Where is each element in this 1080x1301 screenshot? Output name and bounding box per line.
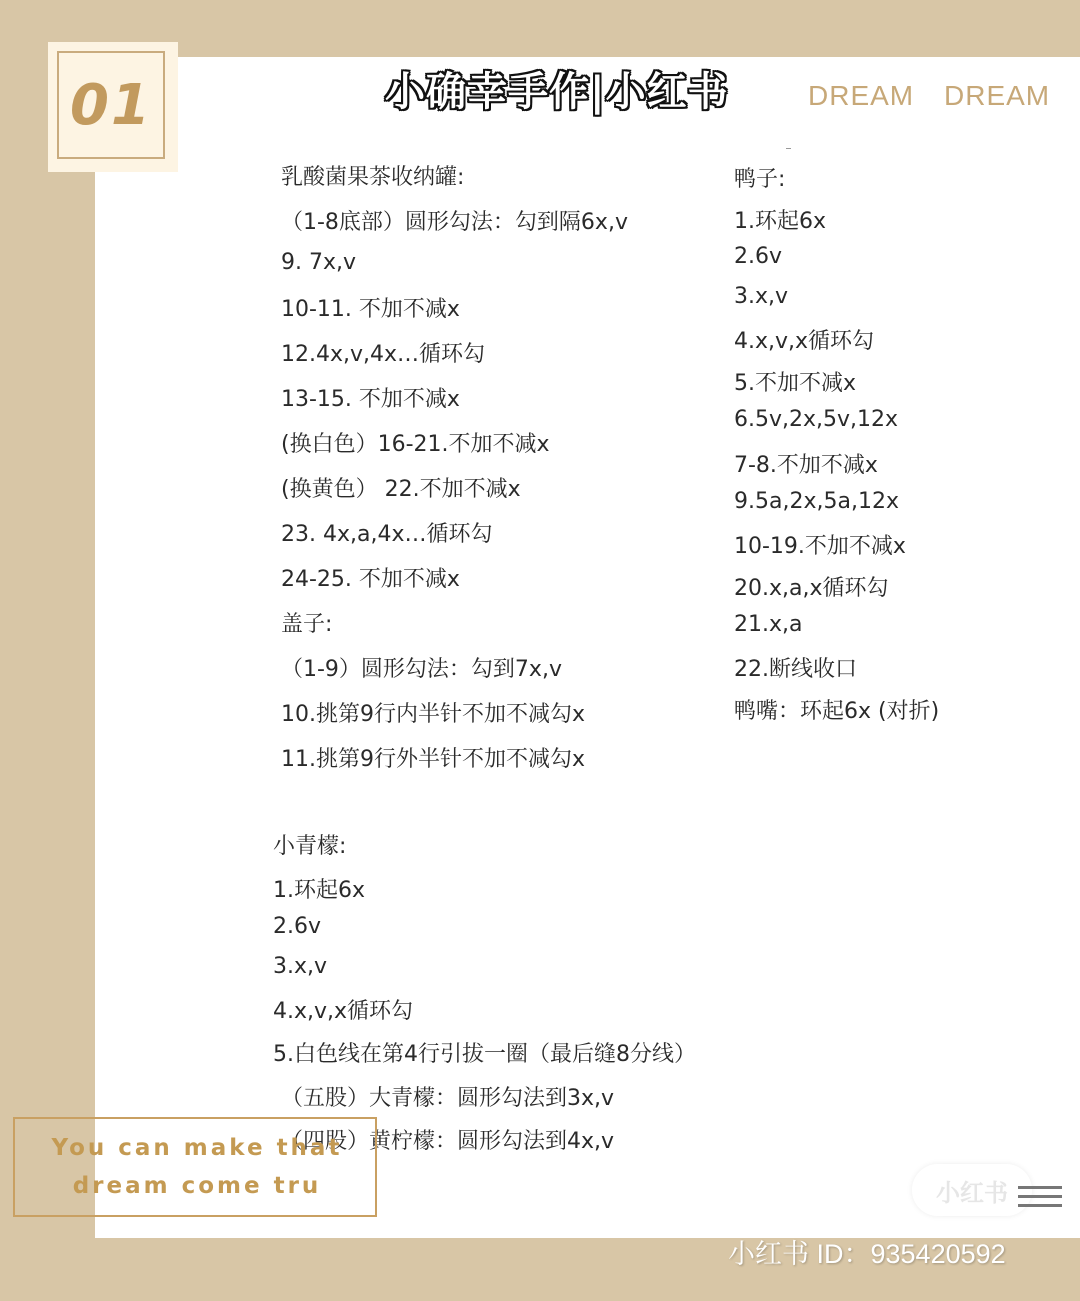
pattern-line: 21.x,a	[734, 612, 802, 637]
pattern-line: 22.断线收口	[734, 652, 857, 683]
pattern-line: 24-25. 不加不减x	[281, 562, 460, 593]
section-heading: 乳酸菌果茶收纳罐:	[281, 160, 464, 191]
dream-tag-2: DREAM	[944, 80, 1050, 112]
page-title: 小确幸手作|小红书	[385, 60, 729, 117]
pattern-line: 1.环起6x	[734, 204, 826, 235]
pattern-line: 12.4x,v,4x…循环勾	[281, 337, 485, 368]
pattern-line: 鸭嘴：环起6x (对折)	[734, 694, 939, 725]
menu-icon[interactable]	[1018, 1186, 1062, 1213]
pattern-line: 20.x,a,x循环勾	[734, 571, 889, 602]
dream-tag-1: DREAM	[808, 80, 914, 112]
pattern-line: 4.x,v,x循环勾	[734, 324, 874, 355]
pattern-line: 9.5a,2x,5a,12x	[734, 489, 899, 514]
pattern-line: 2.6v	[273, 914, 321, 939]
pattern-line: 2.6v	[734, 244, 782, 269]
slogan-box: You can make that dream come tru	[13, 1117, 377, 1217]
xiaohongshu-watermark: 小红书	[912, 1164, 1032, 1216]
pattern-line: 9. 7x,v	[281, 250, 356, 275]
divider-mark	[786, 148, 791, 149]
section-heading: 小青檬:	[273, 829, 346, 860]
pattern-line: 3.x,v	[273, 954, 327, 979]
pattern-line: 1.环起6x	[273, 873, 365, 904]
slogan-line-1: You can make that	[15, 1135, 379, 1161]
pattern-line: 13-15. 不加不减x	[281, 382, 460, 413]
pattern-line: 10.挑第9行内半针不加不减勾x	[281, 697, 585, 728]
pattern-line: （五股）大青檬：圆形勾法到3x,v	[281, 1081, 614, 1112]
pattern-line: 11.挑第9行外半针不加不减勾x	[281, 742, 585, 773]
section-heading: 盖子:	[281, 607, 332, 638]
pattern-line: （1-8底部）圆形勾法：勾到隔6x,v	[281, 205, 628, 236]
pattern-line: 10-11. 不加不减x	[281, 292, 460, 323]
pattern-line: 10-19.不加不减x	[734, 529, 906, 560]
pattern-line: (换白色）16-21.不加不减x	[281, 427, 550, 458]
page-number-badge: 01	[48, 42, 178, 172]
section-heading: 鸭子:	[734, 162, 785, 193]
pattern-line: 6.5v,2x,5v,12x	[734, 407, 898, 432]
pattern-line: 5.白色线在第4行引拔一圈（最后缝8分线）	[273, 1037, 696, 1068]
badge-number: 01	[70, 73, 152, 138]
pattern-line: (换黄色） 22.不加不减x	[281, 472, 521, 503]
badge-frame: 01	[57, 51, 165, 159]
pattern-line: 4.x,v,x循环勾	[273, 994, 413, 1025]
pattern-line: （1-9）圆形勾法：勾到7x,v	[281, 652, 562, 683]
slogan-line-2: dream come tru	[15, 1173, 379, 1199]
pattern-line: 7-8.不加不减x	[734, 448, 878, 479]
pattern-line: 3.x,v	[734, 284, 788, 309]
xiaohongshu-id: 小红书 ID：935420592	[728, 1232, 1006, 1271]
pattern-line: 23. 4x,a,4x…循环勾	[281, 517, 492, 548]
pattern-line: 5.不加不减x	[734, 366, 856, 397]
